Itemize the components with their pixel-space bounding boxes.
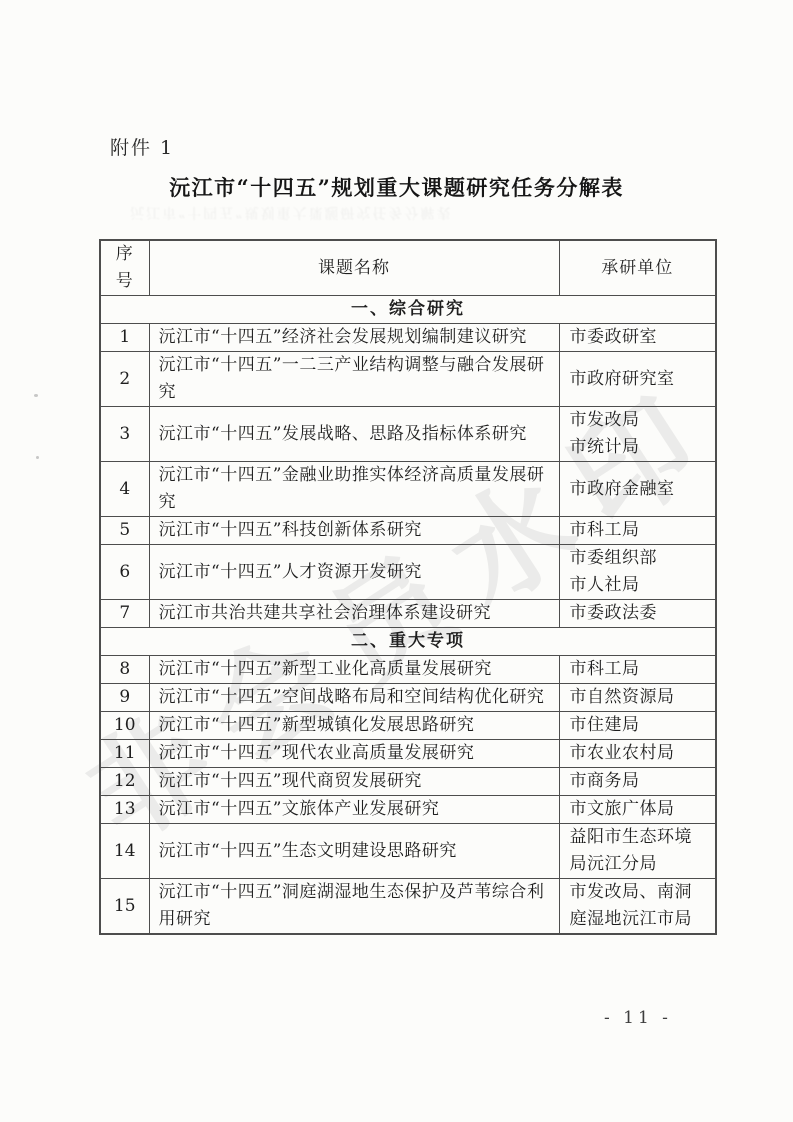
cell-topic: 沅江市“十四五”生态文明建设思路研究 xyxy=(149,824,559,879)
cell-index: 5 xyxy=(100,517,149,545)
header-index: 序号 xyxy=(100,240,149,296)
cell-unit: 市委政法委 xyxy=(559,600,716,628)
cell-unit: 市发改局、南洞庭湿地沅江市局 xyxy=(559,879,716,935)
cell-topic: 沅江市“十四五”文旅体产业发展研究 xyxy=(149,796,559,824)
table-row: 10沅江市“十四五”新型城镇化发展思路研究市住建局 xyxy=(100,712,716,740)
cell-topic: 沅江市“十四五”一二三产业结构调整与融合发展研究 xyxy=(149,352,559,407)
cell-topic: 沅江市“十四五”人才资源开发研究 xyxy=(149,545,559,600)
section-row: 一、综合研究 xyxy=(100,296,716,324)
bleed-through-ghost: 沅江市“十四五”规划重大课题研究任务分解表 xyxy=(130,203,452,223)
cell-unit: 市发改局 市统计局 xyxy=(559,407,716,462)
cell-index: 9 xyxy=(100,684,149,712)
cell-topic: 沅江市“十四五”发展战略、思路及指标体系研究 xyxy=(149,407,559,462)
cell-topic: 沅江市“十四五”金融业助推实体经济高质量发展研究 xyxy=(149,462,559,517)
cell-unit: 市委政研室 xyxy=(559,324,716,352)
table-row: 11沅江市“十四五”现代农业高质量发展研究市农业农村局 xyxy=(100,740,716,768)
table-row: 4沅江市“十四五”金融业助推实体经济高质量发展研究市政府金融室 xyxy=(100,462,716,517)
attachment-label: 附件 1 xyxy=(110,133,174,160)
cell-index: 2 xyxy=(100,352,149,407)
cell-unit: 益阳市生态环境局沅江分局 xyxy=(559,824,716,879)
cell-index: 1 xyxy=(100,324,149,352)
section-row: 二、重大专项 xyxy=(100,628,716,656)
page-title: 沅江市“十四五”规划重大课题研究任务分解表 xyxy=(0,172,793,202)
table-row: 5沅江市“十四五”科技创新体系研究市科工局 xyxy=(100,517,716,545)
table-row: 8沅江市“十四五”新型工业化高质量发展研究市科工局 xyxy=(100,656,716,684)
scan-speck xyxy=(36,456,39,459)
page-number: - 11 - xyxy=(604,1008,672,1028)
cell-unit: 市政府研究室 xyxy=(559,352,716,407)
cell-unit: 市自然资源局 xyxy=(559,684,716,712)
cell-unit: 市科工局 xyxy=(559,517,716,545)
cell-index: 11 xyxy=(100,740,149,768)
cell-topic: 沅江市“十四五”经济社会发展规划编制建议研究 xyxy=(149,324,559,352)
section-label: 一、综合研究 xyxy=(100,296,716,324)
table-row: 1沅江市“十四五”经济社会发展规划编制建议研究市委政研室 xyxy=(100,324,716,352)
table-row: 6沅江市“十四五”人才资源开发研究市委组织部 市人社局 xyxy=(100,545,716,600)
cell-topic: 沅江市“十四五”新型城镇化发展思路研究 xyxy=(149,712,559,740)
cell-topic: 沅江市“十四五”现代农业高质量发展研究 xyxy=(149,740,559,768)
table-row: 12沅江市“十四五”现代商贸发展研究市商务局 xyxy=(100,768,716,796)
cell-topic: 沅江市共治共建共享社会治理体系建设研究 xyxy=(149,600,559,628)
table-row: 15沅江市“十四五”洞庭湖湿地生态保护及芦苇综合利用研究市发改局、南洞庭湿地沅江… xyxy=(100,879,716,935)
table-row: 14沅江市“十四五”生态文明建设思路研究益阳市生态环境局沅江分局 xyxy=(100,824,716,879)
cell-topic: 沅江市“十四五”洞庭湖湿地生态保护及芦苇综合利用研究 xyxy=(149,879,559,935)
document-page: 非会员水印 附件 1 沅江市“十四五”规划重大课题研究任务分解表 沅江市“十四五… xyxy=(0,0,793,1122)
cell-index: 4 xyxy=(100,462,149,517)
cell-index: 10 xyxy=(100,712,149,740)
cell-topic: 沅江市“十四五”科技创新体系研究 xyxy=(149,517,559,545)
cell-topic: 沅江市“十四五”新型工业化高质量发展研究 xyxy=(149,656,559,684)
cell-topic: 沅江市“十四五”现代商贸发展研究 xyxy=(149,768,559,796)
header-topic: 课题名称 xyxy=(149,240,559,296)
cell-index: 3 xyxy=(100,407,149,462)
task-table-body: 一、综合研究1沅江市“十四五”经济社会发展规划编制建议研究市委政研室2沅江市“十… xyxy=(100,296,716,935)
cell-index: 12 xyxy=(100,768,149,796)
cell-unit: 市文旅广体局 xyxy=(559,796,716,824)
cell-index: 15 xyxy=(100,879,149,935)
cell-unit: 市委组织部 市人社局 xyxy=(559,545,716,600)
cell-unit: 市政府金融室 xyxy=(559,462,716,517)
cell-index: 13 xyxy=(100,796,149,824)
cell-unit: 市商务局 xyxy=(559,768,716,796)
section-label: 二、重大专项 xyxy=(100,628,716,656)
scan-speck xyxy=(34,394,38,397)
header-unit: 承研单位 xyxy=(559,240,716,296)
cell-index: 14 xyxy=(100,824,149,879)
cell-unit: 市住建局 xyxy=(559,712,716,740)
table-header-row: 序号 课题名称 承研单位 xyxy=(100,240,716,296)
cell-unit: 市农业农村局 xyxy=(559,740,716,768)
table-row: 9沅江市“十四五”空间战略布局和空间结构优化研究市自然资源局 xyxy=(100,684,716,712)
table-row: 3沅江市“十四五”发展战略、思路及指标体系研究市发改局 市统计局 xyxy=(100,407,716,462)
table-row: 7沅江市共治共建共享社会治理体系建设研究市委政法委 xyxy=(100,600,716,628)
cell-index: 8 xyxy=(100,656,149,684)
cell-index: 6 xyxy=(100,545,149,600)
table-row: 2沅江市“十四五”一二三产业结构调整与融合发展研究市政府研究室 xyxy=(100,352,716,407)
table-row: 13沅江市“十四五”文旅体产业发展研究市文旅广体局 xyxy=(100,796,716,824)
cell-topic: 沅江市“十四五”空间战略布局和空间结构优化研究 xyxy=(149,684,559,712)
task-table: 序号 课题名称 承研单位 一、综合研究1沅江市“十四五”经济社会发展规划编制建议… xyxy=(99,239,717,935)
cell-index: 7 xyxy=(100,600,149,628)
cell-unit: 市科工局 xyxy=(559,656,716,684)
